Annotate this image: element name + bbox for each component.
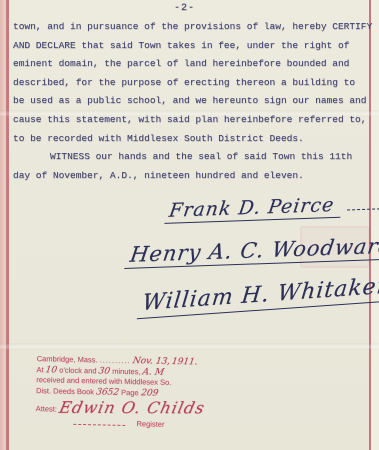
body-line: town, and in pursuance of the provisions… (13, 18, 373, 37)
stamp-attest-label: Attest: (36, 404, 57, 413)
stamp-minutes-label: minutes, (112, 366, 141, 376)
body-line: eminent domain, the parcel of land herei… (13, 55, 373, 74)
body-line: cause this statement, with said plan her… (13, 111, 373, 130)
recording-stamp: Cambridge, Mass. .......... Nov. 13, 191… (35, 354, 221, 431)
body-line: day of November, A.D., nineteen hundred … (13, 167, 373, 186)
stamp-place-label: Cambridge, Mass. (37, 354, 98, 364)
signature-frank-peirce-name: Frank D. Peirce (164, 194, 344, 224)
stamp-attest-line: Attest: Edwin O. Childs (36, 397, 221, 419)
body-line: to be recorded with Middlesex South Dist… (13, 130, 373, 149)
body-line: described, for the purpose of erecting t… (13, 74, 373, 93)
signature-frank-peirce: Frank D. Peirce (166, 192, 379, 224)
stamp-at-label: At (36, 365, 43, 374)
stamp-date-handwritten: Nov. 13, (132, 356, 171, 367)
stamp-dashed-line (73, 420, 125, 426)
stamp-dot-leader: .......... (100, 355, 131, 365)
stamp-year-handwritten: 1911. (171, 357, 198, 368)
stamp-hour-handwritten: 10 (45, 365, 58, 376)
stamp-meridiem-handwritten: A. M (142, 367, 165, 378)
body-line-witness: WITNESS our hands and the seal of said T… (13, 148, 373, 167)
stamp-page-label: Page (121, 387, 139, 396)
stamp-oclock-label: o'clock and (59, 365, 96, 375)
signature-william-whitaker-name: William H. Whitaker (137, 273, 379, 320)
body-line: be used as a public school, and we hereu… (13, 92, 373, 111)
body-line: AND DECLARE that said Town takes in fee,… (13, 37, 373, 56)
stamp-register-line: Register (35, 417, 220, 431)
stamp-book-number-handwritten: 3652 (95, 387, 120, 398)
document-page: -2- town, and in pursuance of the provis… (0, 0, 379, 450)
paper-crease (0, 343, 379, 350)
signature-william-whitaker: William H. Whitaker (137, 273, 379, 319)
stamp-register-signature: Edwin O. Childs (58, 399, 207, 417)
signature-underline-dashes (347, 204, 379, 210)
body-paragraph: town, and in pursuance of the provisions… (13, 18, 373, 185)
stamp-book-label: Dist. Deeds Book (36, 386, 94, 396)
stamp-register-label: Register (136, 419, 164, 429)
stamp-page-number-handwritten: 209 (140, 388, 159, 399)
left-margin-line (6, 0, 9, 450)
stamp-minutes-handwritten: 30 (98, 366, 111, 377)
page-number: -2- (0, 3, 369, 14)
